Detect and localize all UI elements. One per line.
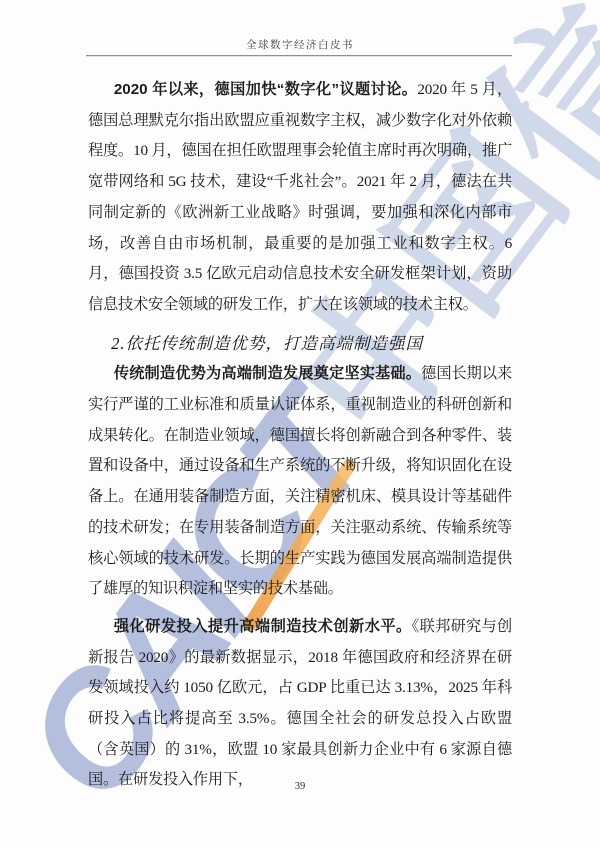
paragraph-lead-bold: 强化研发投入提升高端制造技术创新水平。 (114, 618, 412, 635)
paragraph-rd-investment: 强化研发投入提升高端制造技术创新水平。《联邦研究与创新报告 2020》的最新数据… (88, 612, 512, 796)
paragraph-lead-bold: 传统制造优势为高端制造发展奠定坚实基础。 (114, 365, 421, 382)
header-rule (86, 55, 512, 57)
running-header-title: 全球数字经济白皮书 (0, 37, 600, 52)
section-heading-2: 2.依托传统制造优势，打造高端制造强国 (88, 329, 512, 360)
page-number: 39 (0, 781, 600, 792)
document-page: CAICT中国信通院 全球数字经济白皮书 2020 年以来，德国加快“数字化”议… (0, 0, 600, 848)
paragraph-digitalization: 2020 年以来，德国加快“数字化”议题讨论。2020 年 5 月，德国总理默克… (88, 75, 512, 321)
paragraph-traditional-manufacturing: 传统制造优势为高端制造发展奠定坚实基础。德国长期以来实行严谨的工业标准和质量认证… (88, 359, 512, 605)
page-body: 2020 年以来，德国加快“数字化”议题讨论。2020 年 5 月，德国总理默克… (88, 75, 512, 796)
paragraph-text: 《联邦研究与创新报告 2020》的最新数据显示，2018 年德国政府和经济界在研… (88, 618, 512, 789)
paragraph-text: 2020 年 5 月，德国总理默克尔指出欧盟应重视数字主权，减少数字化对外依赖程… (88, 81, 512, 313)
paragraph-lead-bold: 2020 年以来，德国加快“数字化”议题讨论。 (114, 81, 418, 98)
paragraph-text: 德国长期以来实行严谨的工业标准和质量认证体系，重视制造业的科研创新和成果转化。在… (88, 365, 512, 597)
